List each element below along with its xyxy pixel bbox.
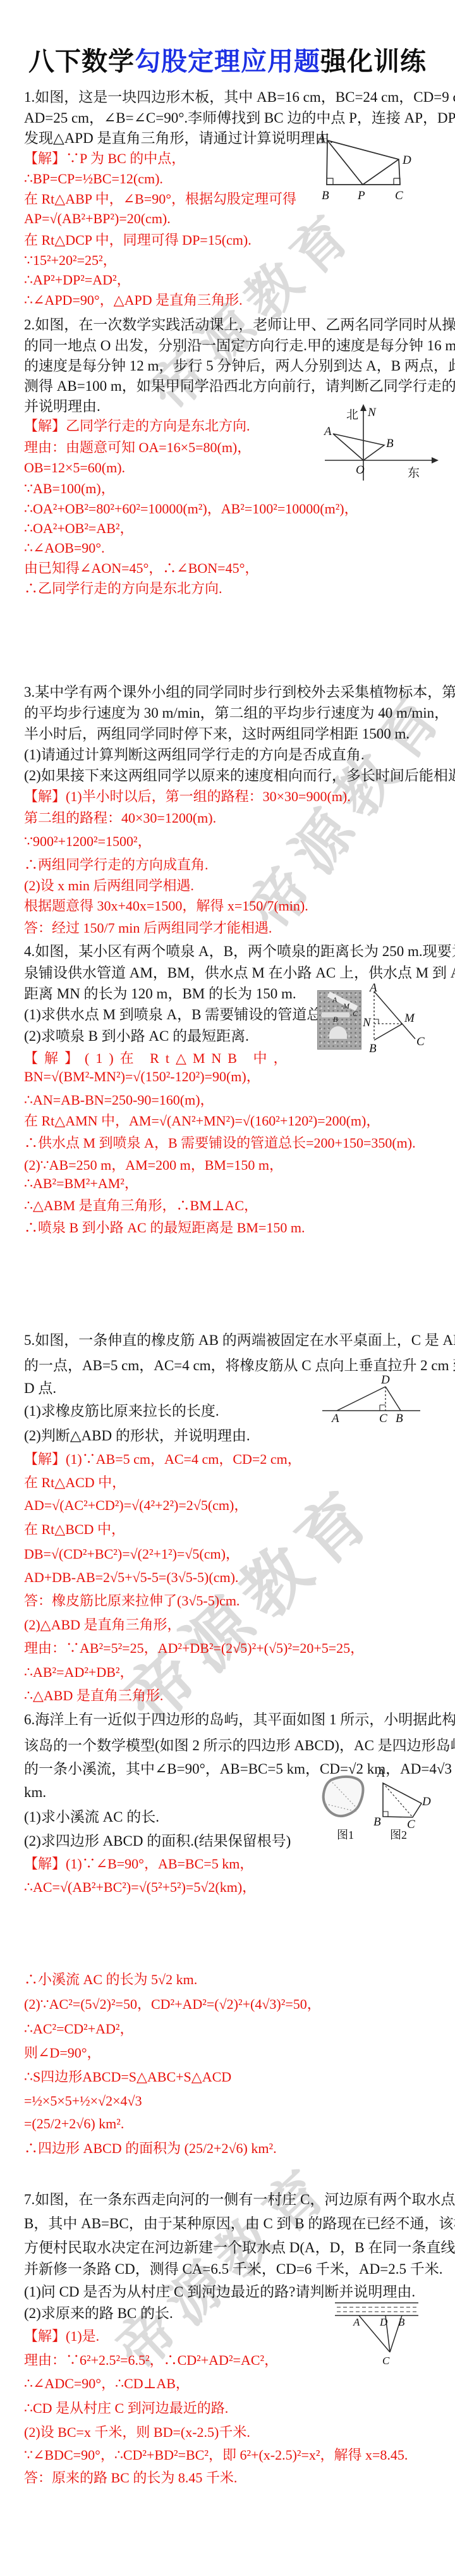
problem3-statement-line: 3.某中学有两个课外小组的同学同时步行到校外去采集植物标本，第一组: [24, 684, 455, 701]
problem5-solution-line: AD=√(AC²+CD²)=√(4²+2²)=2√5(cm)，: [24, 1497, 248, 1514]
problem6-statement-line: (1)求小溪流 AC 的长.: [24, 1808, 159, 1826]
fig5-label-a: A: [332, 1412, 339, 1426]
problem7-solution-line: (2)设 BC=x 千米，则 BD=(x-2.5)千米.: [24, 2424, 250, 2441]
page-title: 八下数学勾股定理应用题强化训练: [0, 40, 455, 78]
problem5-solution-line: 在 Rt△BCD 中，: [24, 1521, 125, 1538]
segment-bm: [374, 1024, 403, 1040]
problem3-solution-line: 【解】(1)半小时以后，第一组的路程：30×30=900(m).: [24, 788, 351, 805]
east-arrowhead: [432, 457, 439, 463]
photo-pond-shape: [329, 1026, 347, 1039]
problem4-solution-line: ∴AN=AB-BN=250-90=160(m)，: [24, 1092, 214, 1108]
problem7-solution-line: 答：原来的路 BC 的长为 8.45 千米.: [24, 2470, 237, 2486]
problem6-solution-line: 则∠D=90°，: [24, 2045, 101, 2061]
problem7-statement-line: B，其中 AB=BC，由于某种原因，由 C 到 B 的路现在已经不通，该村为: [24, 2215, 455, 2233]
problem4-solution-line: BN=√(BM²-MN²)=√(150²-120²)=90(m)，: [24, 1069, 260, 1085]
photo-label-a: A: [332, 995, 337, 1005]
fig4-label-a: A: [370, 981, 377, 995]
problem5-solution-line: DB=√(CD²+BC²)=√(2²+1²)=√5(cm)，: [24, 1546, 240, 1562]
problem1-solution-line: ∴BP=CP=½BC=12(cm).: [24, 171, 163, 187]
fig2-label-north: 北: [346, 405, 358, 422]
north-arrowhead: [360, 404, 367, 411]
island-sketch: [317, 1772, 373, 1822]
problem7-solution-line: 理由：∵6²+2.5²=6.5²，∴CD²+AD²=AC²，: [24, 2352, 278, 2369]
problem2-solution-line: ∵AB=100(m)，: [24, 481, 115, 497]
fig6-label-d: D: [422, 1795, 431, 1809]
fig6-label-c: C: [407, 1818, 415, 1832]
problem5-solution-line: ∴△ABD 是直角三角形.: [24, 1688, 163, 1704]
problem2-solution-line: ∴OA²+OB²=80²+60²=10000(m²)，AB²=100²=1000…: [24, 501, 358, 517]
problem6-statement-line: (2)求四边形 ABCD 的面积.(结果保留根号): [24, 1832, 291, 1850]
problem2-solution-line: ∴乙同学行走的方向是东北方向.: [24, 580, 222, 597]
photo-label-c: C: [353, 1009, 358, 1019]
segments-ap-dp: [327, 140, 399, 185]
problem4-statement-line: 泉铺设供水管道 AM，BM，供水点 M 在小路 AC 上，供水点 M 到 AB …: [24, 964, 455, 982]
problem7-solution-line: ∴CD 是从村庄 C 到河边最近的路.: [24, 2400, 228, 2417]
problem2-solution-line: OB=12×5=60(m).: [24, 460, 125, 476]
problem2-solution-line: ∴∠AOB=90°.: [24, 540, 105, 556]
problem1-solution-line: 在 Rt△ABP 中，∠B=90°，根据勾股定理可得: [24, 191, 296, 207]
problem1-solution-line: AP=√(AB²+BP²)=20(cm).: [24, 211, 171, 227]
problem1-solution-line: ∴∠APD=90°，△APD 是直角三角形.: [24, 292, 243, 309]
problem4-solution-line: ∴供水点 M 到喷泉 A，B 需要铺设的管道总长=200+150=350(m).: [24, 1135, 416, 1151]
problem4-solution-line: ∴AB²=BM²+AM²，: [24, 1175, 138, 1192]
worksheet-page: 帝源教育 帝源教育 帝源教育 帝源教育 八下数学勾股定理应用题强化训练 1.如图…: [0, 0, 455, 2576]
problem1-solution-line: 在 Rt△DCP 中，同理可得 DP=15(cm).: [24, 232, 252, 248]
river-village-diagram: [335, 2300, 420, 2360]
problem2-statement-line: 并说明理由.: [24, 398, 100, 415]
island-outline: [324, 1777, 363, 1816]
right-angle-mark-c: [380, 1405, 385, 1411]
fig6-caption-2: 图2: [390, 1826, 407, 1843]
problem7-statement-line: (1)问 CD 是否为从村庄 C 到河边最近的路?请判断并说明理由.: [24, 2283, 415, 2301]
problem1-statement-line: 1.如图，这是一块四边形木板，其中 AB=16 cm，BC=24 cm，CD=9…: [24, 89, 455, 106]
right-angle-mark-b: [383, 1812, 388, 1817]
fig1-label-b: B: [322, 189, 329, 203]
problem6-solution-line: ∴小溪流 AC 的长为 5√2 km.: [24, 1972, 197, 1988]
problem5-statement-line: (2)判断△ABD 的形状，并说明理由.: [24, 1427, 250, 1445]
problem4-statement-line: (1)求供水点 M 到喷泉 A，B 需要铺设的管道总长.: [24, 1006, 339, 1024]
problem5-statement-line: 的一点，AB=5 cm，AC=4 cm，将橡皮筋从 C 点向上垂直拉升 2 cm…: [24, 1357, 455, 1375]
problem6-solution-line: 【解】(1)∵∠B=90°，AB=BC=5 km，: [24, 1856, 253, 1872]
fig5-label-c: C: [379, 1412, 387, 1426]
fig1-label-p: P: [358, 189, 365, 203]
problem4-solution-line: (2)∵AB=250 m，AM=200 m，BM=150 m，: [24, 1157, 283, 1174]
problem5-solution-line: (2)△ABD 是直角三角形，: [24, 1617, 181, 1633]
problem7-statement-line: 方便村民取水决定在河边新建一个取水点 D(A，D，B 在同一条直线上)，: [24, 2239, 455, 2257]
fig7-label-b: B: [398, 2316, 404, 2329]
problem6-statement-line: 6.海洋上有一近似于四边形的岛屿，其平面如图 1 所示，小明据此构造出: [24, 1711, 455, 1729]
right-angle-mark-c: [394, 178, 400, 185]
problem6-statement-line: 该岛的一个数学模型(如图 2 所示的四边形 ABCD)，AC 是四边形岛屿上: [24, 1737, 455, 1755]
problem2-statement-line: 的速度是每分钟 12 m，步行 5 分钟后，两人分别到达 A，B 两点，此时: [24, 357, 455, 375]
problem2-statement-line: 测得 AB=100 m，如果甲同学沿西北方向前行，请判断乙同学行走的方向，: [24, 377, 455, 395]
title-prefix: 八下数学: [28, 47, 135, 76]
problem5-solution-line: 在 Rt△ACD 中，: [24, 1475, 126, 1491]
problem6-solution-line: (2)∵AC²=(5√2)²=50，CD²+AD²=(√2)²+(4√3)²=5…: [24, 1996, 321, 2013]
problem3-solution-line: ∴两组同学行走的方向成直角.: [24, 857, 209, 873]
problem3-solution-line: ∵900²+1200²=1500²，: [24, 833, 152, 850]
problem5-solution-line: 答：橡皮筋比原来拉伸了(3√5-5)cm.: [24, 1593, 240, 1609]
problem2-solution-line: 【解】乙同学行走的方向是东北方向.: [24, 418, 250, 434]
problem6-statement-line: km.: [24, 1784, 46, 1801]
problem3-statement-line: (2)如果接下来这两组同学以原来的速度相向而行，多长时间后能相遇?: [24, 767, 455, 785]
problem1-statement-line: 发现△APD 是直角三角形，请通过计算说明理由.: [24, 130, 333, 147]
problem5-solution-line: AD+DB-AB=2√5+√5-5=(3√5-5)(cm).: [24, 1569, 238, 1586]
problem1-solution-line: 【解】∵P 为 BC 的中点，: [24, 150, 185, 167]
fig7-label-d: D: [380, 2316, 387, 2329]
photo-label-m: M: [343, 1002, 349, 1011]
problem6-solution-line: ∴AC²=CD²+AD²，: [24, 2021, 134, 2037]
fig4-label-n: N: [363, 1016, 371, 1030]
problem2-statement-line: 2.如图，在一次数学实践活动课上，老师让甲、乙两名同学同时从操场上: [24, 316, 455, 334]
problem3-statement-line: (1)请通过计算判断这两组同学行走的方向是否成直角.: [24, 746, 365, 764]
problem3-solution-line: 答：经过 150/7 min 后两组同学才能相遇.: [24, 920, 272, 936]
fig2-label-b: B: [386, 437, 394, 451]
quadrilateral-board-diagram: [315, 124, 413, 197]
triangle-oab: [333, 434, 384, 460]
fig7-label-a: A: [353, 2316, 360, 2329]
fig6-label-b: B: [373, 1815, 381, 1829]
problem4-statement-line: (2)求喷泉 B 到小路 AC 的最短距离.: [24, 1027, 249, 1045]
title-suffix: 强化训练: [320, 47, 427, 76]
problem5-statement-line: (1)求橡皮筋比原来拉长的长度.: [24, 1402, 219, 1420]
fig1-label-a: A: [318, 132, 325, 146]
problem7-statement-line: (2)求原来的路 BC 的长.: [24, 2305, 173, 2322]
problem4-solution-line: 在 Rt△AMN 中，AM=√(AN²+MN²)=√(160²+120²)=20…: [24, 1113, 380, 1129]
fig4-label-b: B: [369, 1042, 377, 1056]
problem1-solution-line: ∵15²+20²=25²，: [24, 252, 117, 269]
fig4-label-c: C: [416, 1035, 425, 1049]
fig6-caption-1: 图1: [337, 1826, 354, 1843]
segment-ad: [337, 1387, 385, 1411]
problem3-statement-line: 的平均步行速度为 30 m/min，第二组的平均步行速度为 40 m/min，: [24, 704, 449, 722]
right-angle-mark-b: [327, 178, 333, 185]
problem3-statement-line: 半小时后，两组同学同时停下来，这时两组同学相距 1500 m.: [24, 725, 409, 743]
fig4-label-m: M: [404, 1012, 415, 1026]
title-highlight: 勾股定理应用题: [135, 47, 320, 76]
fig1-label-c: C: [395, 189, 403, 203]
fig2-label-a: A: [324, 425, 332, 439]
fig5-label-b: B: [396, 1412, 403, 1426]
segment-ac-dashed: [383, 1783, 413, 1817]
problem6-solution-line: ∴S四边形ABCD=S△ABC+S△ACD: [24, 2069, 231, 2085]
problem1-solution-line: ∴AP²+DP²=AD²，: [24, 272, 131, 288]
right-angle-mark-n: [374, 1019, 379, 1024]
fountain-aerial-photo: [317, 990, 361, 1050]
problem4-statement-line: 距离 MN 的长为 120 m，BM 的长为 150 m.: [24, 985, 296, 1003]
problem7-solution-line: ∴∠ADC=90°，∴CD⊥AB，: [24, 2376, 190, 2392]
problem5-statement-line: D 点.: [24, 1380, 56, 1397]
fig1-label-d: D: [403, 154, 411, 168]
problem2-solution-line: 由已知得∠AON=45°，∴∠BON=45°，: [24, 560, 258, 577]
rubber-band-diagram: [319, 1382, 423, 1416]
quadrilateral-abcd-model: [383, 1783, 422, 1817]
problem5-solution-line: 【解】(1)∵AB=5 cm，AC=4 cm，CD=2 cm，: [24, 1451, 301, 1468]
segment-bd: [385, 1387, 401, 1411]
problem4-solution-line: ∴△ABM 是直角三角形，∴BM⊥AC，: [24, 1198, 258, 1214]
problem6-solution-line: =(25/2+2√6) km².: [24, 2116, 124, 2132]
photo-road-shape: [327, 991, 358, 1011]
fig2-label-n: N: [368, 406, 376, 420]
fig2-label-east: 东: [408, 463, 420, 481]
fig7-label-c: C: [382, 2355, 389, 2367]
problem7-solution-line: ∵∠BDC=90°，∴CD²+BD²=BC²，即 6²+(x-2.5)²=x²，…: [24, 2447, 408, 2463]
problem5-solution-line: 理由：∵AB²=5²=25，AD²+DB²=(2√5)²+(√5)²=20+5=…: [24, 1640, 364, 1657]
problem2-solution-line: 理由：由题意可知 OA=16×5=80(m)，: [24, 439, 251, 456]
problem7-statement-line: 并新修一条路 CD，测得 CA=6.5 千米，CD=6 千米，AD=2.5 千米…: [24, 2260, 443, 2278]
problem2-solution-line: ∴OA²+OB²=AB²，: [24, 520, 134, 537]
compass-direction-diagram: [316, 403, 449, 498]
problem3-solution-line: 根据题意得 30x+40x=1500，解得 x=150/7(min).: [24, 898, 308, 914]
problem6-solution-line: ∴AC=√(AB²+BC²)=√(5²+5²)=5√2(km)，: [24, 1879, 256, 1896]
problem2-statement-line: 的同一地点 O 出发，分别沿一固定方向行走.甲的速度是每分钟 16 m，乙: [24, 337, 455, 355]
quadrilateral-abcd: [327, 140, 400, 185]
problem6-solution-line: =½×5×5+½×√2×4√3: [24, 2093, 142, 2109]
problem5-statement-line: 5.如图，一条伸直的橡皮筋 AB 的两端被固定在水平桌面上，C 是 AB 上: [24, 1332, 455, 1349]
photo-label-b: B: [333, 1015, 337, 1024]
problem4-solution-line: 【解】(1)在 Rt△MNB 中，: [24, 1050, 293, 1067]
fig5-label-d: D: [381, 1373, 390, 1387]
problem3-solution-line: 第二组的路程：40×30=1200(m).: [24, 810, 216, 826]
problem6-solution-line: ∴四边形 ABCD 的面积为 (25/2+2√6) km².: [24, 2140, 277, 2157]
problem3-solution-line: (2)设 x min 后两组同学相遇.: [24, 878, 194, 894]
problem4-solution-line: ∴喷泉 B 到小路 AC 的最短距离是 BM=150 m.: [24, 1220, 305, 1236]
problem4-statement-line: 4.如图，某小区有两个喷泉 A，B，两个喷泉的距离长为 250 m.现要为喷: [24, 943, 455, 960]
problem7-statement-line: 7.如图，在一条东西走向河的一侧有一村庄 C，河边原有两个取水点 A，: [24, 2191, 455, 2209]
problem7-solution-line: 【解】(1)是.: [24, 2328, 99, 2345]
problem5-solution-line: ∴AB²=AD²+DB²，: [24, 1664, 134, 1681]
fig6-label-a: A: [377, 1767, 385, 1781]
fig2-label-o: O: [356, 463, 365, 477]
